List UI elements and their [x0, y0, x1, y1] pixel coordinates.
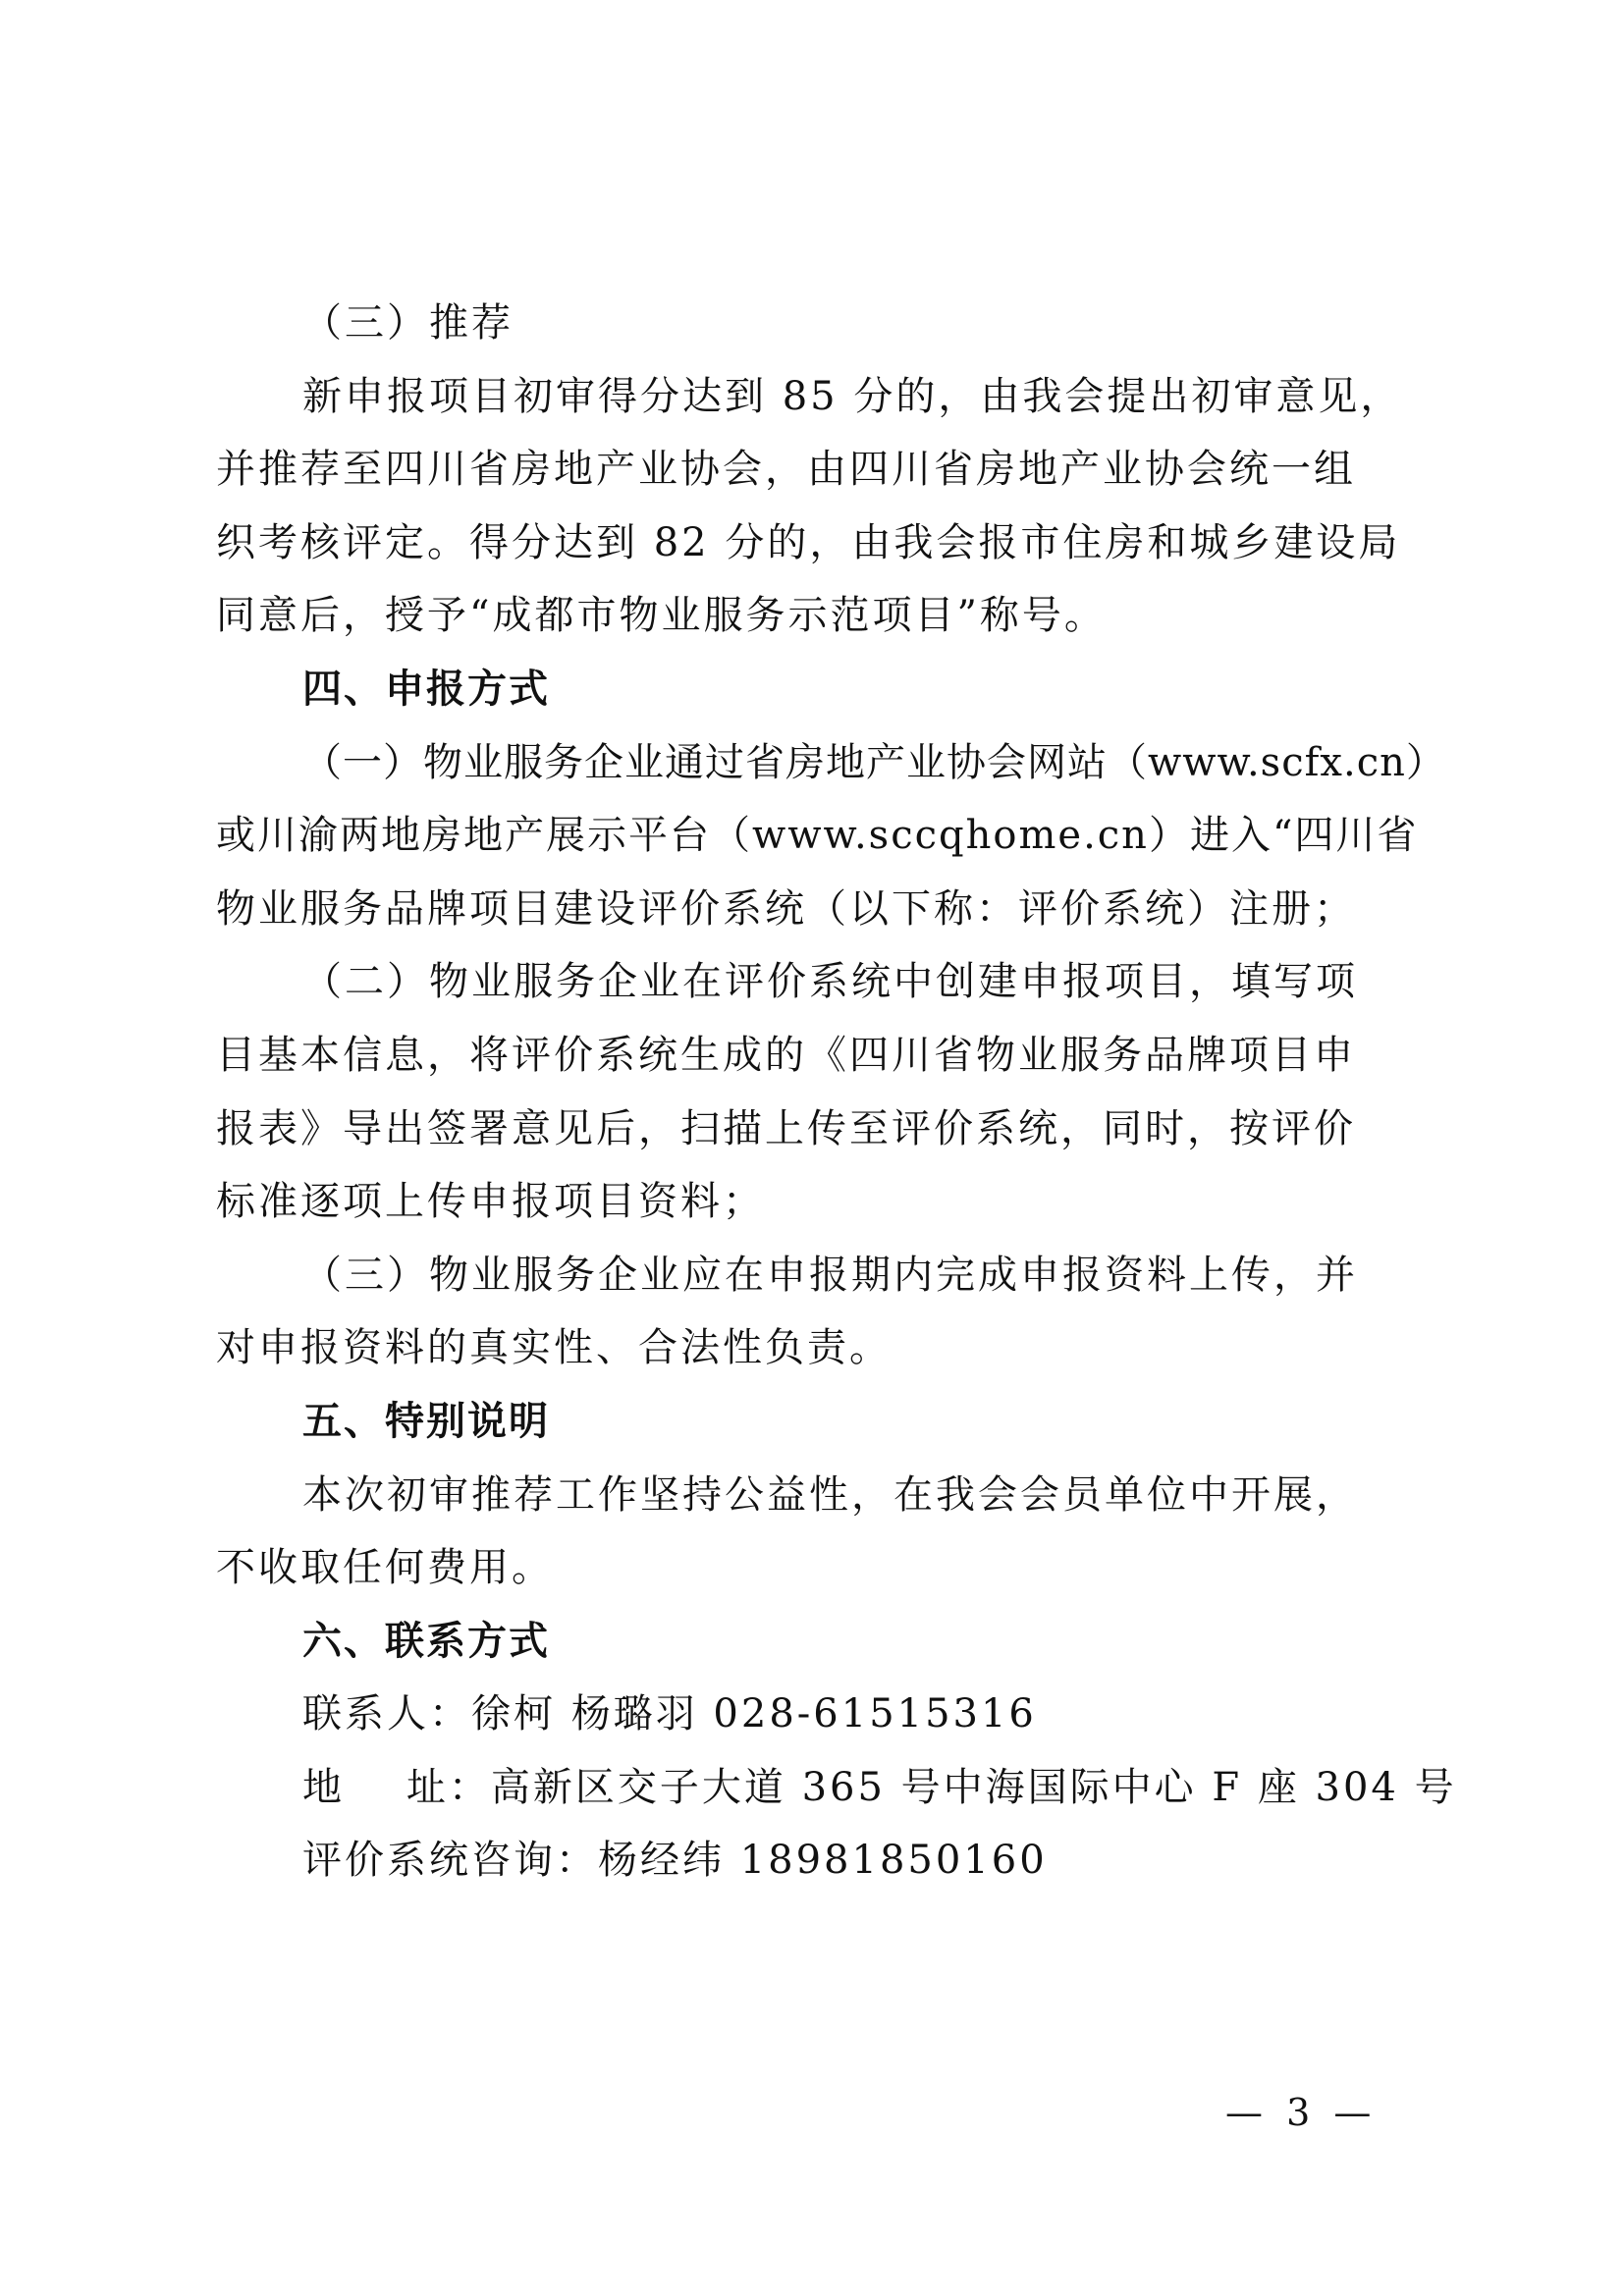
page-number: — 3 —	[1225, 2091, 1377, 2134]
text-line: 同意后，授予“成都市物业服务示范项目”称号。	[216, 579, 1416, 653]
text-line: 目基本信息，将评价系统生成的《四川省物业服务品牌项目申	[216, 1019, 1416, 1093]
text-line: 并推荐至四川省房地产业协会，由四川省房地产业协会统一组	[216, 433, 1416, 507]
contact-system-consult: 评价系统咨询：杨经纬 18981850160	[216, 1824, 1416, 1897]
text-line: 或川渝两地房地产展示平台（www.sccqhome.cn）进入“四川省	[216, 799, 1416, 873]
text-line: （二）物业服务企业在评价系统中创建申报项目，填写项	[216, 945, 1416, 1019]
heading-application-method: 四、申报方式	[216, 653, 1416, 726]
subheading-recommend: （三）推荐	[216, 287, 1416, 360]
text-line: （一）物业服务企业通过省房地产业协会网站（www.scfx.cn）	[216, 726, 1416, 800]
contact-person: 联系人：徐柯 杨璐羽 028-61515316	[216, 1678, 1416, 1751]
text-line: 不收取任何费用。	[216, 1531, 1416, 1605]
text-line: 对申报资料的真实性、合法性负责。	[216, 1311, 1416, 1385]
paragraph-method-item-3: （三）物业服务企业应在申报期内完成申报资料上传，并 对申报资料的真实性、合法性负…	[216, 1239, 1416, 1385]
paragraph-method-item-2: （二）物业服务企业在评价系统中创建申报项目，填写项 目基本信息，将评价系统生成的…	[216, 945, 1416, 1238]
text-line: 新申报项目初审得分达到 85 分的，由我会提出初审意见，	[216, 360, 1416, 434]
paragraph-method-item-1: （一）物业服务企业通过省房地产业协会网站（www.scfx.cn） 或川渝两地房…	[216, 726, 1416, 946]
heading-special-notes: 五、特别说明	[216, 1385, 1416, 1459]
heading-contact: 六、联系方式	[216, 1605, 1416, 1679]
subheading-text: （三）推荐	[216, 287, 1416, 360]
document-page: （三）推荐 新申报项目初审得分达到 85 分的，由我会提出初审意见， 并推荐至四…	[216, 287, 1416, 1897]
text-line: （三）物业服务企业应在申报期内完成申报资料上传，并	[216, 1239, 1416, 1312]
text-line: 本次初审推荐工作坚持公益性，在我会会员单位中开展，	[216, 1459, 1416, 1532]
contact-address: 地 址：高新区交子大道 365 号中海国际中心 F 座 304 号	[216, 1751, 1416, 1825]
paragraph-recommend: 新申报项目初审得分达到 85 分的，由我会提出初审意见， 并推荐至四川省房地产业…	[216, 360, 1416, 653]
text-line: 报表》导出签署意见后，扫描上传至评价系统，同时，按评价	[216, 1093, 1416, 1166]
text-line: 物业服务品牌项目建设评价系统（以下称：评价系统）注册；	[216, 873, 1416, 946]
text-line: 织考核评定。得分达到 82 分的，由我会报市住房和城乡建设局	[216, 507, 1416, 580]
text-line: 标准逐项上传申报项目资料；	[216, 1165, 1416, 1239]
paragraph-special-notes: 本次初审推荐工作坚持公益性，在我会会员单位中开展， 不收取任何费用。	[216, 1459, 1416, 1605]
